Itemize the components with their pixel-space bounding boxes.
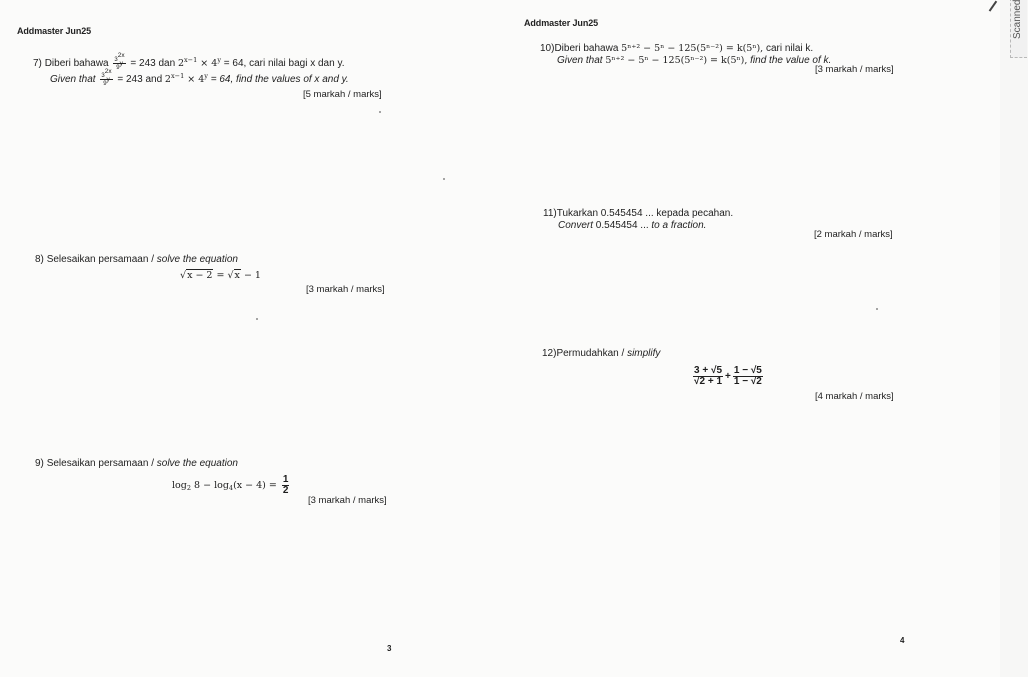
question-11-malay: 11)Tukarkan 0.545454 ... kepada pecahan. xyxy=(543,208,733,219)
scan-speck xyxy=(379,111,381,113)
question-10-english: Given that 5ⁿ⁺² − 5ⁿ − 125(5ⁿ⁻²) = k(5ⁿ)… xyxy=(557,55,831,66)
question-9-equation: log2 8 − log4(x − 4) = 12 xyxy=(172,475,291,496)
question-7-english: Given that 32x9y = 243 and 2x−1 × 4y = 6… xyxy=(50,72,349,87)
scan-speck xyxy=(256,318,258,320)
scanned-sheet xyxy=(0,0,1000,677)
right-page-header: Addmaster Jun25 xyxy=(524,18,598,28)
left-page-number: 3 xyxy=(387,644,391,653)
fraction: 32x9y xyxy=(113,56,125,71)
question-12-prompt: 12)Permudahkan / simplify xyxy=(542,348,660,359)
left-page-header: Addmaster Jun25 xyxy=(17,26,91,36)
question-8-prompt: 8) Selesaikan persamaan / solve the equa… xyxy=(35,254,238,265)
question-12-expression: 3 + √5√2 + 1+1 − √51 − √2 xyxy=(691,366,765,387)
right-page-number: 4 xyxy=(900,636,904,645)
question-number: 7) xyxy=(33,58,42,69)
question-7-marks: [5 markah / marks] xyxy=(303,89,382,100)
question-10-marks: [3 markah / marks] xyxy=(815,64,894,75)
question-11-english: Convert 0.545454 ... to a fraction. xyxy=(558,220,706,231)
question-9-prompt: 9) Selesaikan persamaan / solve the equa… xyxy=(35,458,238,469)
scan-speck xyxy=(443,178,445,180)
scanned-stamp: Scanned xyxy=(1010,0,1027,58)
question-12-marks: [4 markah / marks] xyxy=(815,391,894,402)
question-8-equation: √x − 2 = √x − 1 xyxy=(180,270,261,281)
scan-speck xyxy=(876,308,878,310)
question-10-malay: 10)Diberi bahawa 5ⁿ⁺² − 5ⁿ − 125(5ⁿ⁻²) =… xyxy=(540,43,813,54)
question-7-malay: 7) Diberi bahawa 32x9y = 243 dan 2x−1 × … xyxy=(33,56,345,71)
question-9-marks: [3 markah / marks] xyxy=(308,495,387,506)
question-11-marks: [2 markah / marks] xyxy=(814,229,893,240)
question-8-marks: [3 markah / marks] xyxy=(306,284,385,295)
